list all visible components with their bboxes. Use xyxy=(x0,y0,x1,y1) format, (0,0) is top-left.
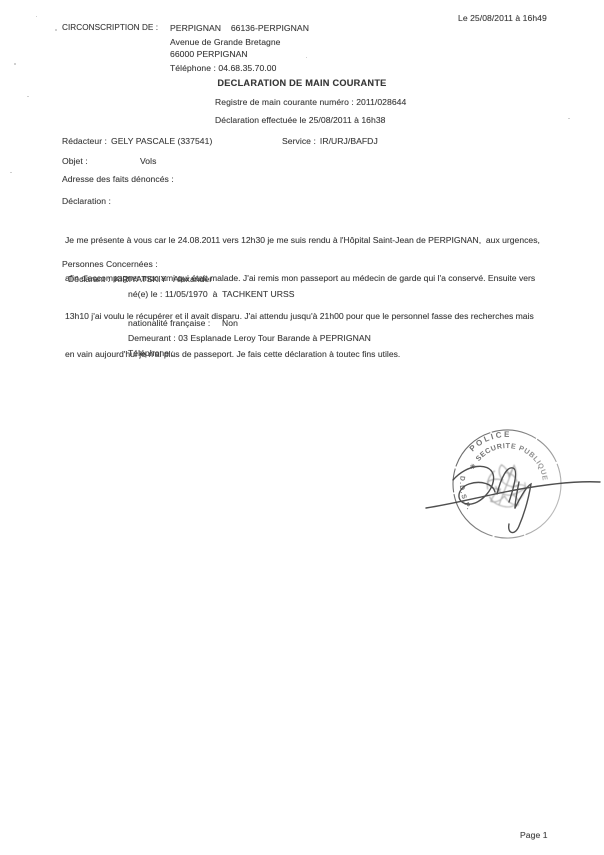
register-number-line: Registre de main courante numéro : 2011/… xyxy=(215,97,406,107)
stamp-ink: POLICE SECURITE PUBLIQUE ✳ D.D.S.P. xyxy=(437,418,577,554)
persons-section-label: Personnes Concernées : xyxy=(62,259,158,269)
circonscription-value: PERPIGNAN 66136-PERPIGNAN xyxy=(170,23,309,33)
scan-speck xyxy=(10,172,12,173)
adresse-faits-label: Adresse des faits dénoncés : xyxy=(62,174,174,184)
scan-speck xyxy=(14,63,16,65)
declarant-line: Déclarant :KIRIYATSKIY Alexander xyxy=(68,274,212,284)
nationality-label: nationalité française : xyxy=(128,318,210,328)
scan-speck xyxy=(306,57,307,58)
signature xyxy=(426,466,600,532)
residence-line: Demeurant : 03 Esplanade Leroy Tour Bara… xyxy=(128,333,371,343)
circonscription-label: CIRCONSCRIPTION DE : xyxy=(62,23,158,32)
declarant-phone-label: Téléphone : xyxy=(128,348,174,358)
address-line: Avenue de Grande Bretagne xyxy=(170,37,281,47)
declarant-name: KIRIYATSKIY Alexander xyxy=(114,274,212,284)
stamp-and-signature: POLICE SECURITE PUBLIQUE ✳ D.D.S.P. xyxy=(423,418,604,558)
declaration-line-1: Je me présente à vous car le 24.08.2011 … xyxy=(65,234,540,247)
declaration-label: Déclaration : xyxy=(62,196,111,206)
nationality-value: Non xyxy=(222,318,238,328)
scan-speck xyxy=(568,118,570,119)
birth-line: né(e) le : 11/05/1970 à TACHKENT URSS xyxy=(128,289,295,299)
document-page: { "header": { "printed_at": "Le 25/08/20… xyxy=(0,0,604,855)
scan-speck xyxy=(36,16,37,17)
document-title: DECLARATION DE MAIN COURANTE xyxy=(0,78,604,88)
objet-value: Vols xyxy=(140,156,156,166)
scanned-document: Le 25/08/2011 à 16h49 CIRCONSCRIPTION DE… xyxy=(0,0,604,855)
service-value: IR/URJ/BAFDJ xyxy=(320,136,378,146)
declarant-label: Déclarant : xyxy=(68,274,110,284)
redacteur-value: GELY PASCALE (337541) xyxy=(111,136,212,146)
service-label: Service : xyxy=(282,136,316,146)
print-timestamp: Le 25/08/2011 à 16h49 xyxy=(458,13,547,23)
declaration-date-line: Déclaration effectuée le 25/08/2011 à 16… xyxy=(215,115,386,125)
city-line: 66000 PERPIGNAN xyxy=(170,49,248,59)
page-number: Page 1 xyxy=(520,830,548,840)
scan-speck xyxy=(27,96,29,97)
official-stamp: POLICE SECURITE PUBLIQUE ✳ D.D.S.P. xyxy=(423,418,604,558)
objet-label: Objet : xyxy=(62,156,88,166)
scan-speck xyxy=(55,29,57,31)
phone-line: Téléphone : 04.68.35.70.00 xyxy=(170,63,276,73)
redacteur-line: Rédacteur :GELY PASCALE (337541) xyxy=(62,136,212,146)
service-line: Service :IR/URJ/BAFDJ xyxy=(282,136,378,146)
redacteur-label: Rédacteur : xyxy=(62,136,107,146)
